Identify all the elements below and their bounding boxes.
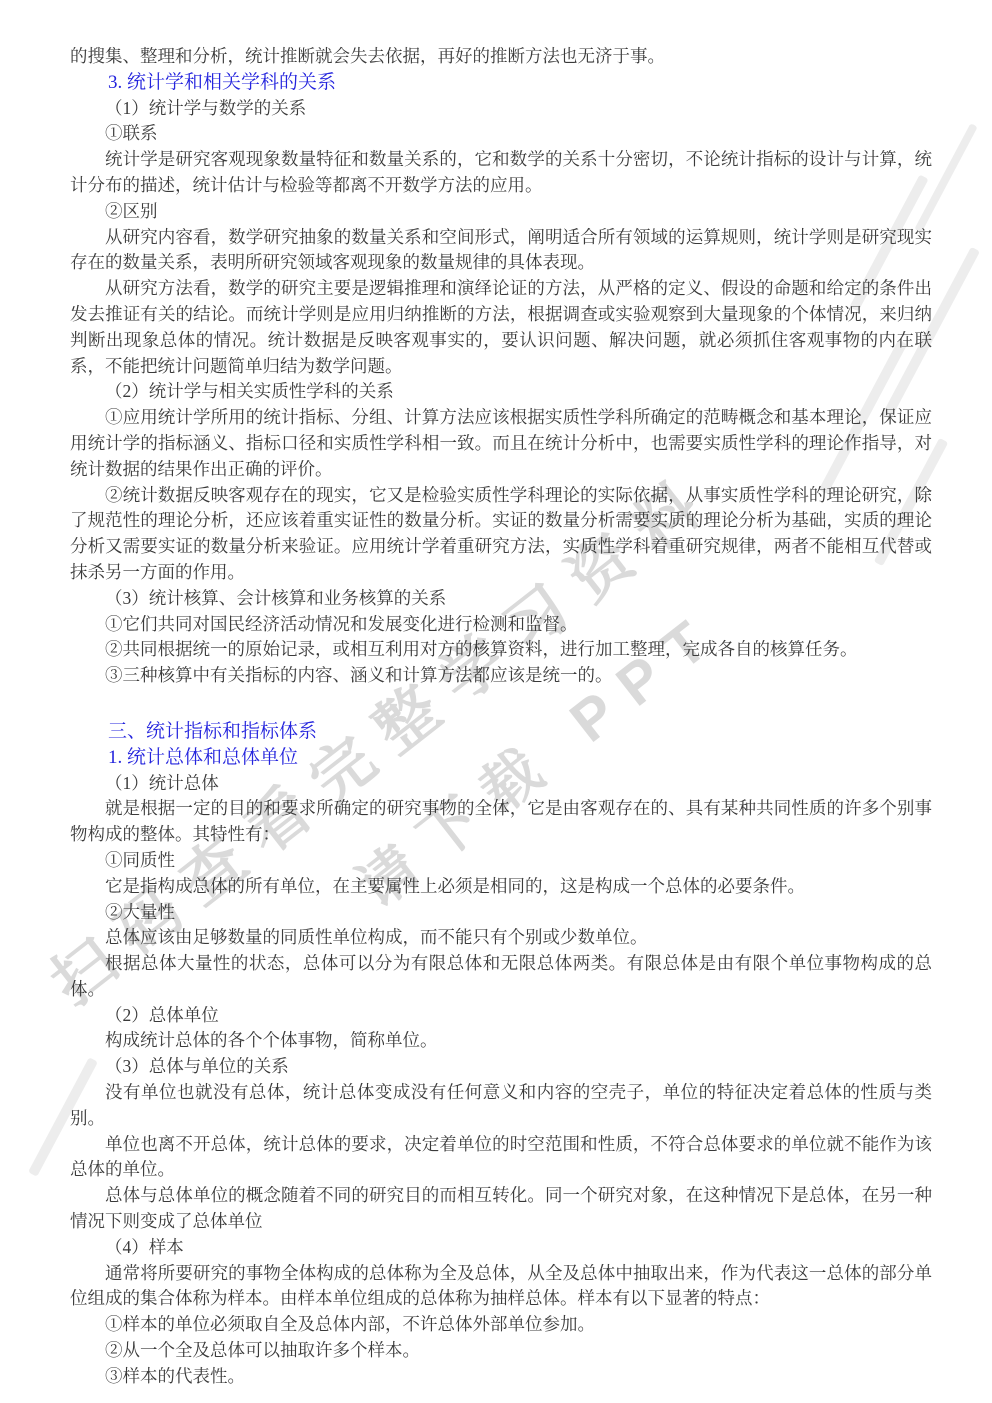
- paragraph: ①同质性: [70, 848, 932, 874]
- paragraph: ②统计数据反映客观存在的现实，它又是检验实质性学科理论的实际依据，从事实质性学科…: [70, 483, 932, 586]
- paragraph: 单位也离不开总体，统计总体的要求，决定着单位的时空范围和性质，不符合总体要求的单…: [70, 1132, 932, 1184]
- paragraph: （2）总体单位: [70, 1003, 932, 1029]
- paragraph: ③样本的代表性。: [70, 1364, 932, 1390]
- section-heading: 1. 统计总体和总体单位: [70, 745, 932, 771]
- section-heading: 3. 统计学和相关学科的关系: [70, 70, 932, 96]
- paragraph: 从研究方法看，数学的研究主要是逻辑推理和演绎论证的方法，从严格的定义、假设的命题…: [70, 276, 932, 379]
- paragraph: （2）统计学与相关实质性学科的关系: [70, 379, 932, 405]
- paragraph: ①它们共同对国民经济活动情况和发展变化进行检测和监督。: [70, 612, 932, 638]
- paragraph: ②从一个全及总体可以抽取许多个样本。: [70, 1338, 932, 1364]
- paragraph: ②大量性: [70, 900, 932, 926]
- paragraph: ②区别: [70, 199, 932, 225]
- paragraph: 总体应该由足够数量的同质性单位构成，而不能只有个别或少数单位。: [70, 925, 932, 951]
- paragraph: ③三种核算中有关指标的内容、涵义和计算方法都应该是统一的。: [70, 663, 932, 689]
- paragraph: 就是根据一定的目的和要求所确定的研究事物的全体，它是由客观存在的、具有某种共同性…: [70, 796, 932, 848]
- paragraph: 没有单位也就没有总体，统计总体变成没有任何意义和内容的空壳子，单位的特征决定着总…: [70, 1080, 932, 1132]
- paragraph: （4）样本: [70, 1235, 932, 1261]
- paragraph: 构成统计总体的各个个体事物，简称单位。: [70, 1028, 932, 1054]
- paragraph: ①联系: [70, 121, 932, 147]
- section-heading: 三、统计指标和指标体系: [70, 719, 932, 745]
- paragraph: 从研究内容看，数学研究抽象的数量关系和空间形式，阐明适合所有领域的运算规则，统计…: [70, 225, 932, 277]
- paragraph: 的搜集、整理和分析，统计推断就会失去依据，再好的推断方法也无济于事。: [70, 44, 932, 70]
- paragraph: ①样本的单位必须取自全及总体内部，不许总体外部单位参加。: [70, 1312, 932, 1338]
- paragraph: 统计学是研究客观现象数量特征和数量关系的，它和数学的关系十分密切，不论统计指标的…: [70, 147, 932, 199]
- paragraph: 通常将所要研究的事物全体构成的总体称为全及总体，从全及总体中抽取出来，作为代表这…: [70, 1261, 932, 1313]
- document-body: 的搜集、整理和分析，统计推断就会失去依据，再好的推断方法也无济于事。3. 统计学…: [70, 44, 932, 1390]
- paragraph: 它是指构成总体的所有单位，在主要属性上必须是相同的，这是构成一个总体的必要条件。: [70, 874, 932, 900]
- paragraph: （1）统计学与数学的关系: [70, 96, 932, 122]
- paragraph: （1）统计总体: [70, 771, 932, 797]
- paragraph: （3）统计核算、会计核算和业务核算的关系: [70, 586, 932, 612]
- paragraph: （3）总体与单位的关系: [70, 1054, 932, 1080]
- paragraph: 总体与总体单位的概念随着不同的研究目的而相互转化。同一个研究对象，在这种情况下是…: [70, 1183, 932, 1235]
- paragraph: 根据总体大量性的状态，总体可以分为有限总体和无限总体两类。有限总体是由有限个单位…: [70, 951, 932, 1003]
- paragraph: ①应用统计学所用的统计指标、分组、计算方法应该根据实质性学科所确定的范畴概念和基…: [70, 405, 932, 482]
- paragraph: ②共同根据统一的原始记录，或相互利用对方的核算资料，进行加工整理，完成各自的核算…: [70, 637, 932, 663]
- scanned-document-page: 扫码查看完整学习资料 请下载 PPT 的搜集、整理和分析，统计推断就会失去依据，…: [0, 0, 992, 1403]
